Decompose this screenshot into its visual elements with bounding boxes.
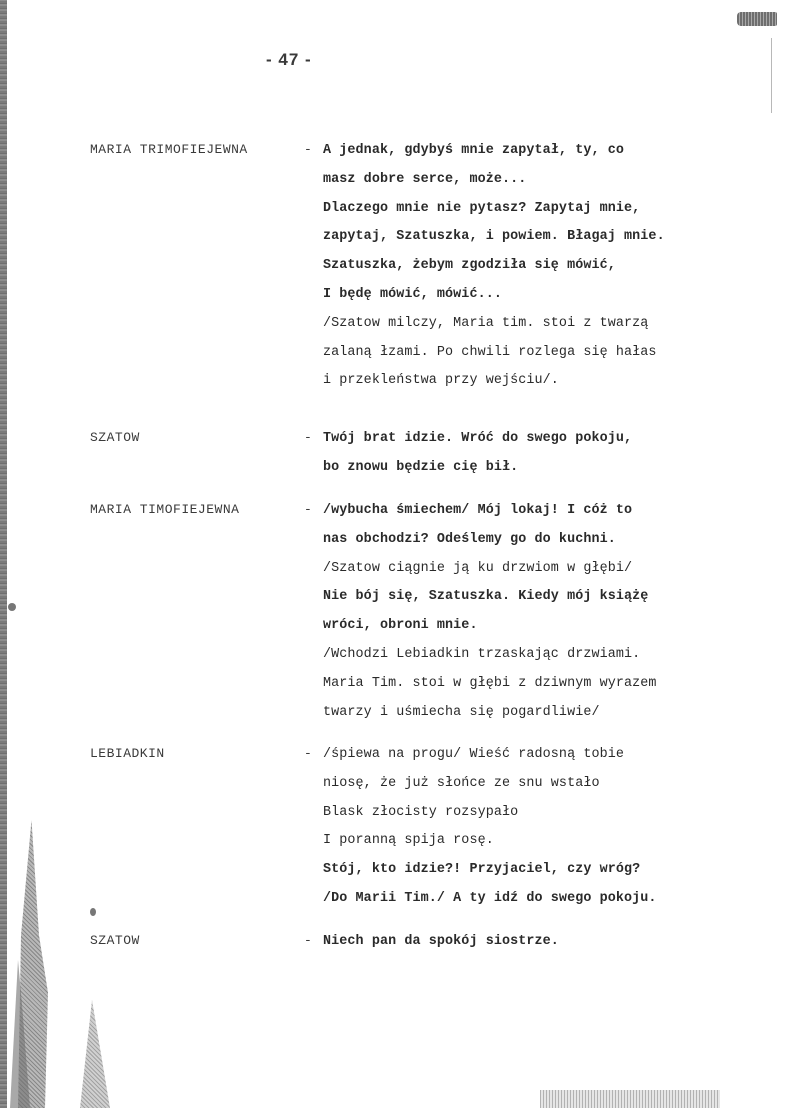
punch-hole-mark <box>8 603 16 611</box>
dialogue-line: nas obchodzi? Odeślemy go do kuchni. <box>323 531 657 560</box>
page-number: - 47 - <box>266 50 312 70</box>
dialogue-lines: Twój brat idzie. Wróć do swego pokoju,bo… <box>323 430 632 488</box>
dialogue-dash: - <box>304 502 312 517</box>
dialogue-line: bo znowu będzie cię bił. <box>323 459 632 488</box>
speaker-name: SZATOW <box>90 933 140 948</box>
dialogue-line: niosę, że już słońce ze snu wstało <box>323 775 657 804</box>
dialogue-line: /Szatow ciągnie ją ku drzwiom w głębi/ <box>323 560 657 589</box>
dialogue-line: /Szatow milczy, Maria tim. stoi z twarzą <box>323 315 665 344</box>
speaker-name: MARIA TIMOFIEJEWNA <box>90 502 239 517</box>
ink-mark <box>90 908 96 916</box>
dialogue-line: /śpiewa na progu/ Wieść radosną tobie <box>323 746 657 775</box>
margin-line <box>771 38 772 113</box>
dialogue-lines: /wybucha śmiechem/ Mój lokaj! I cóż tona… <box>323 502 657 732</box>
corner-mark <box>737 12 777 26</box>
dialogue-line: Niech pan da spokój siostrze. <box>323 933 559 962</box>
dialogue-dash: - <box>304 746 312 761</box>
dialogue-line: zapytaj, Szatuszka, i powiem. Błagaj mni… <box>323 228 665 257</box>
dialogue-line: /Do Marii Tim./ A ty idź do swego pokoju… <box>323 890 657 919</box>
dialogue-line: masz dobre serce, może... <box>323 171 665 200</box>
dialogue-dash: - <box>304 430 312 445</box>
scan-edge-shadow <box>0 0 7 1108</box>
dialogue-line: Maria Tim. stoi w głębi z dziwnym wyraze… <box>323 675 657 704</box>
dialogue-line: /wybucha śmiechem/ Mój lokaj! I cóż to <box>323 502 657 531</box>
dialogue-line: zalaną łzami. Po chwili rozlega się hała… <box>323 344 665 373</box>
speaker-name: LEBIADKIN <box>90 746 165 761</box>
dialogue-line: I poranną spija rosę. <box>323 832 657 861</box>
dialogue-line: Blask złocisty rozsypało <box>323 804 657 833</box>
dialogue-lines: /śpiewa na progu/ Wieść radosną tobienio… <box>323 746 657 919</box>
dialogue-line: Szatuszka, żebym zgodziła się mówić, <box>323 257 665 286</box>
speaker-name: SZATOW <box>90 430 140 445</box>
dialogue-line: I będę mówić, mówić... <box>323 286 665 315</box>
dialogue-line: /Wchodzi Lebiadkin trzaskając drzwiami. <box>323 646 657 675</box>
speaker-name: MARIA TRIMOFIEJEWNA <box>90 142 248 157</box>
dialogue-line: i przekleństwa przy wejściu/. <box>323 372 665 401</box>
dialogue-line: Twój brat idzie. Wróć do swego pokoju, <box>323 430 632 459</box>
dialogue-line: Nie bój się, Szatuszka. Kiedy mój książę <box>323 588 657 617</box>
scan-smudge <box>540 1090 720 1108</box>
dialogue-lines: Niech pan da spokój siostrze. <box>323 933 559 962</box>
dialogue-line: Dlaczego mnie nie pytasz? Zapytaj mnie, <box>323 200 665 229</box>
scan-smudge <box>80 1000 110 1108</box>
dialogue-dash: - <box>304 142 312 157</box>
dialogue-line: twarzy i uśmiecha się pogardliwie/ <box>323 704 657 733</box>
dialogue-dash: - <box>304 933 312 948</box>
dialogue-lines: A jednak, gdybyś mnie zapytał, ty, comas… <box>323 142 665 401</box>
dialogue-line: Stój, kto idzie?! Przyjaciel, czy wróg? <box>323 861 657 890</box>
dialogue-line: wróci, obroni mnie. <box>323 617 657 646</box>
dialogue-line: A jednak, gdybyś mnie zapytał, ty, co <box>323 142 665 171</box>
